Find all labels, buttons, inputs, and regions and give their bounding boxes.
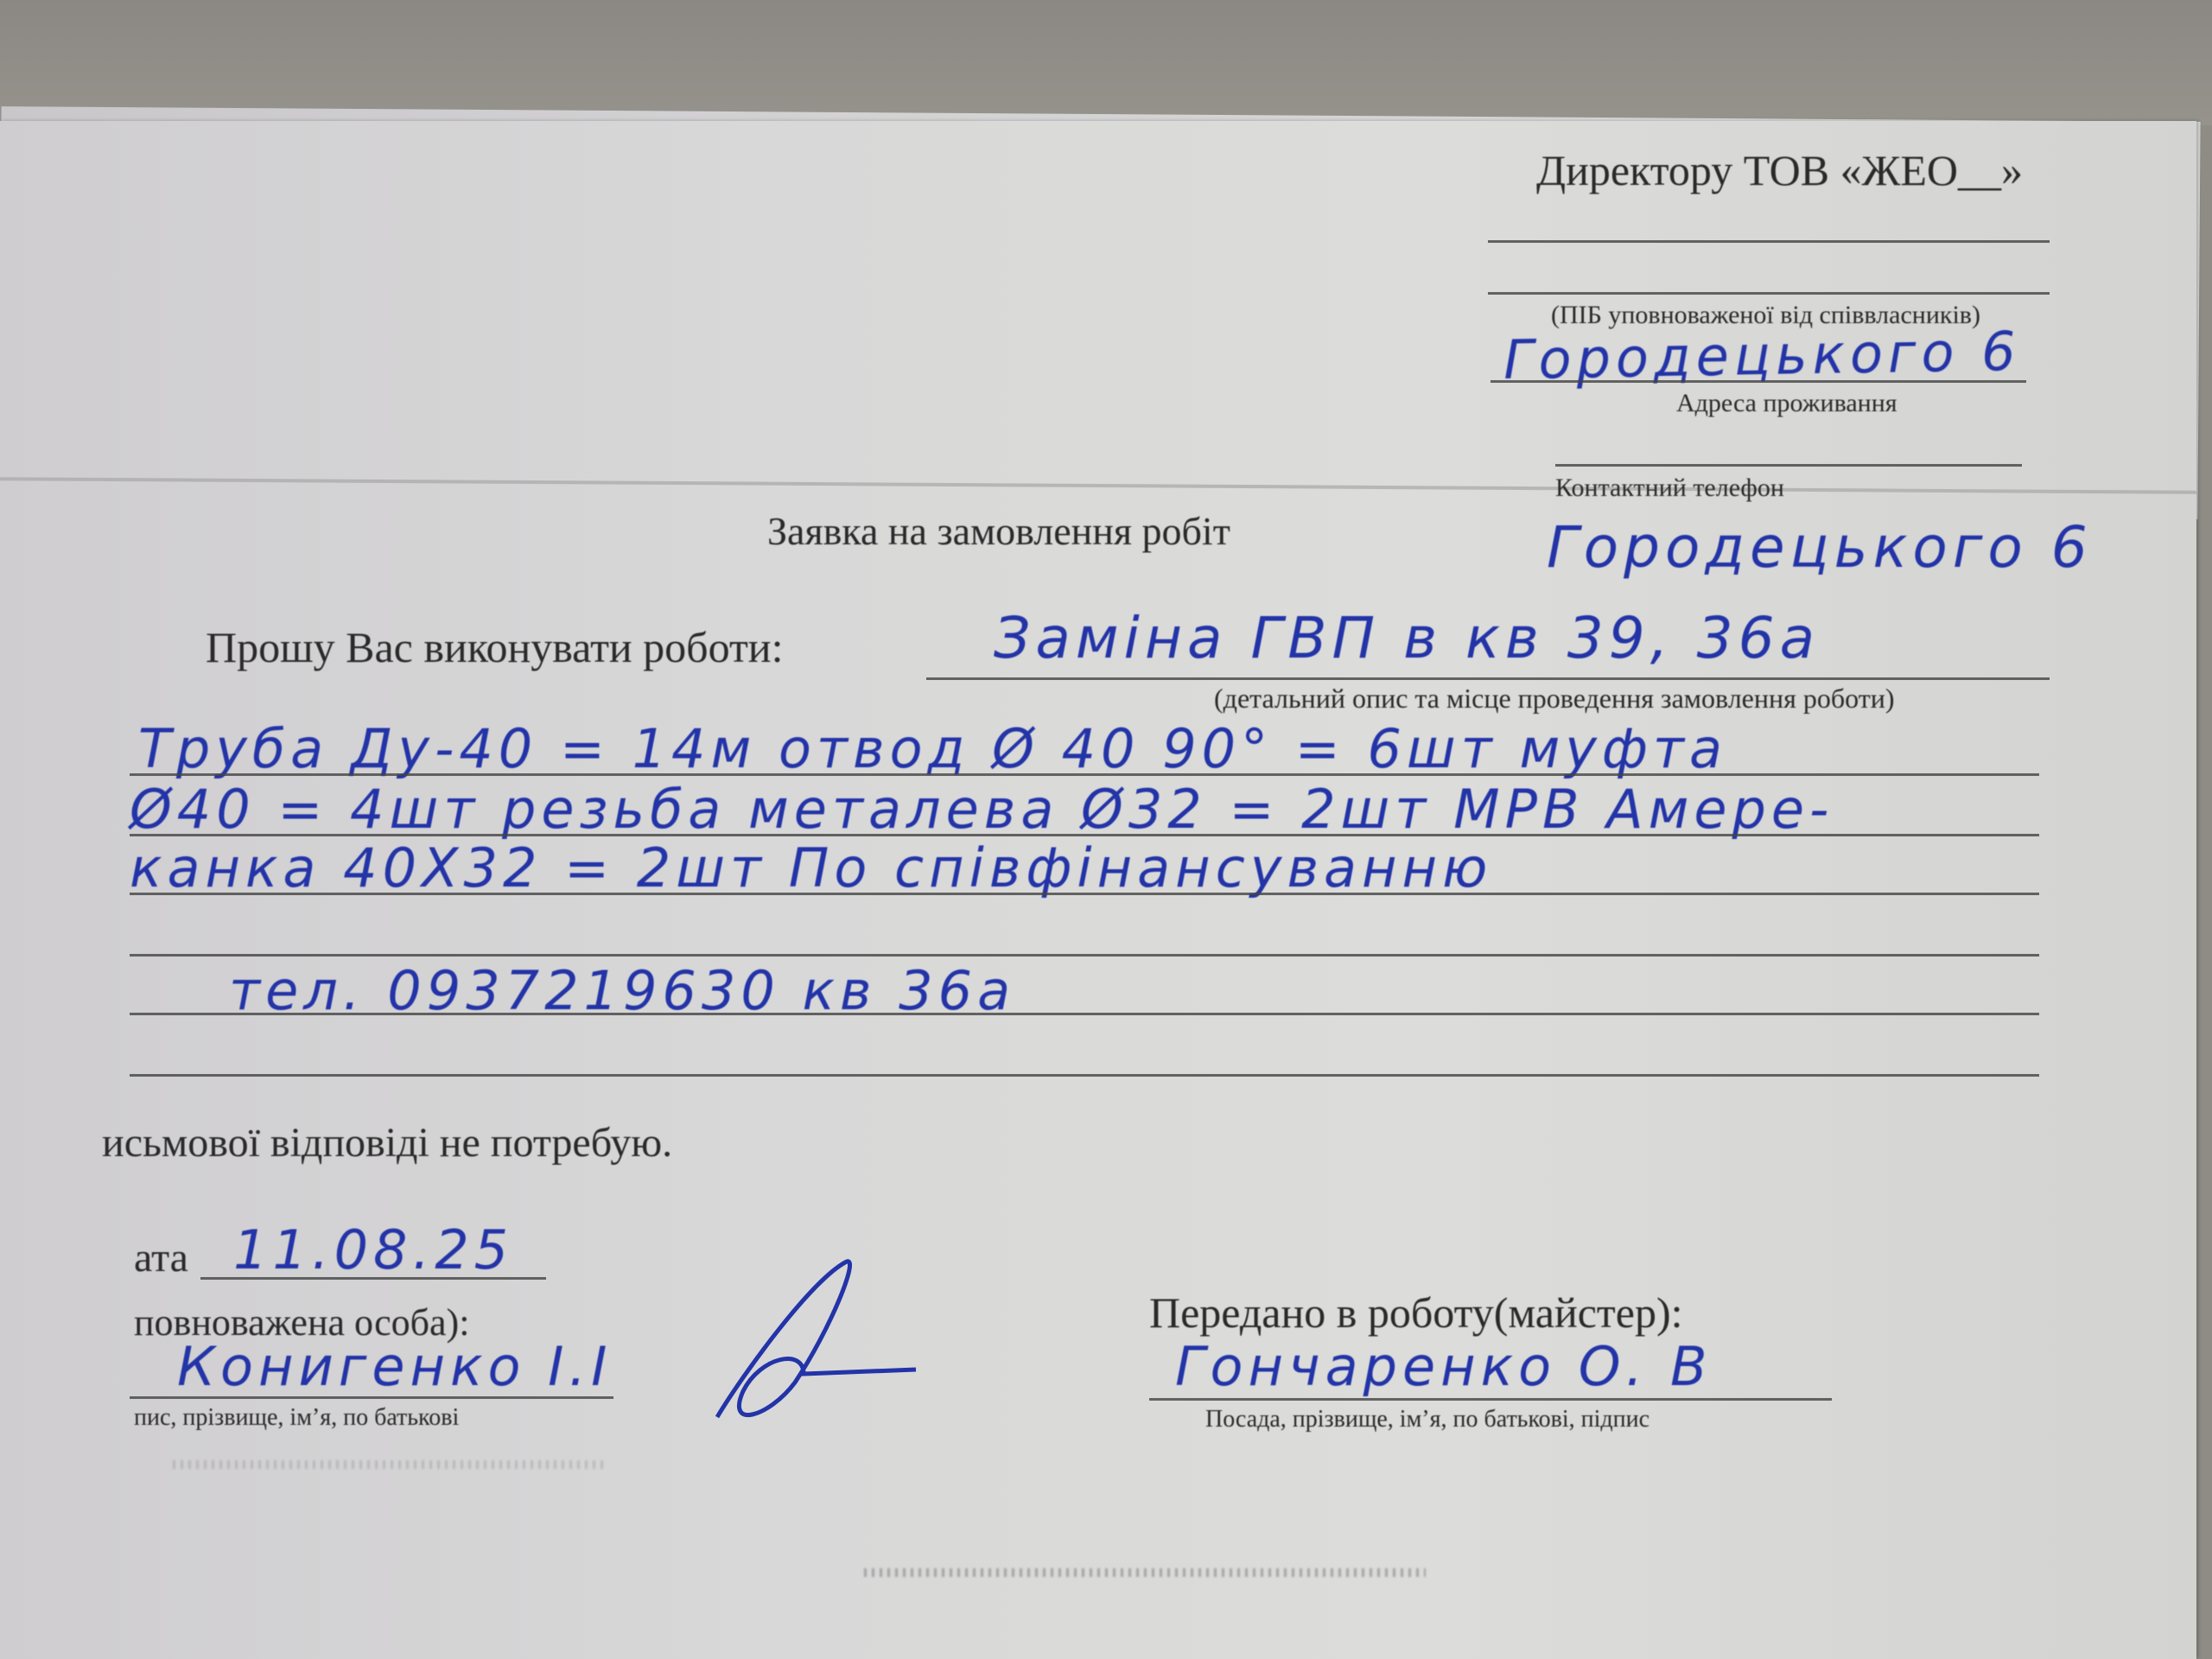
detail-line-2: Ø40 = 4шт резьба металева Ø32 = 2шт МРВ … bbox=[130, 778, 1834, 841]
rule-date bbox=[200, 1277, 546, 1280]
rule-detail-4 bbox=[130, 954, 2039, 957]
rule-detail-6 bbox=[130, 1074, 2039, 1077]
foreman-label: Передано в роботу(майстер): bbox=[1149, 1287, 1682, 1338]
authorized-person-signature: Конигенко І.І bbox=[177, 1335, 612, 1398]
rule-request bbox=[926, 677, 2050, 680]
detail-line-3: канка 40Х32 = 2шт По співфінансуванню bbox=[130, 836, 1492, 899]
rule-address bbox=[1491, 380, 2026, 383]
phone-handwritten: Городецького 6 bbox=[1547, 514, 2093, 581]
rule-detail-1 bbox=[130, 773, 2039, 776]
rule-name-1 bbox=[1488, 240, 2050, 243]
no-reply-note: исьмової відповіді не потребую. bbox=[102, 1119, 672, 1166]
phone-caption: Контактний телефон bbox=[1555, 474, 1784, 503]
request-value: Заміна ГВП в кв 39, 36а bbox=[994, 605, 1820, 671]
request-caption: (детальний опис та місце проведення замо… bbox=[1214, 683, 1894, 715]
address-caption: Адреса проживання bbox=[1676, 389, 1897, 418]
rule-detail-5 bbox=[130, 1013, 2039, 1015]
rule-phone bbox=[1555, 464, 2022, 467]
signature-scribble bbox=[709, 1244, 950, 1443]
table-background bbox=[0, 0, 2212, 125]
foreman-signature: Гончаренко О. В bbox=[1175, 1335, 1713, 1398]
rule-name-2 bbox=[1488, 292, 2050, 295]
rule-detail-3 bbox=[130, 893, 2039, 895]
request-label: Прошу Вас виконувати роботи: bbox=[206, 622, 783, 672]
addressee-line: Директору ТОВ «ЖЕО__» bbox=[1536, 145, 2023, 195]
detail-line-1: Труба Ду-40 = 14м отвод Ø 40 90° = 6шт м… bbox=[138, 717, 1727, 780]
bleed-through-text bbox=[173, 1460, 605, 1469]
bleed-through-text bbox=[864, 1568, 1426, 1577]
date-value: 11.08.25 bbox=[233, 1218, 513, 1281]
date-label: ата bbox=[134, 1234, 188, 1281]
foreman-caption: Посада, прізвище, ім’я, по батькові, під… bbox=[1205, 1406, 1649, 1433]
authorized-person-caption: пис, прізвище, ім’я, по батькові bbox=[134, 1404, 459, 1432]
rule-authorized bbox=[130, 1396, 613, 1399]
form-title: Заявка на замовлення робіт bbox=[767, 508, 1230, 554]
rule-foreman bbox=[1149, 1398, 1832, 1401]
